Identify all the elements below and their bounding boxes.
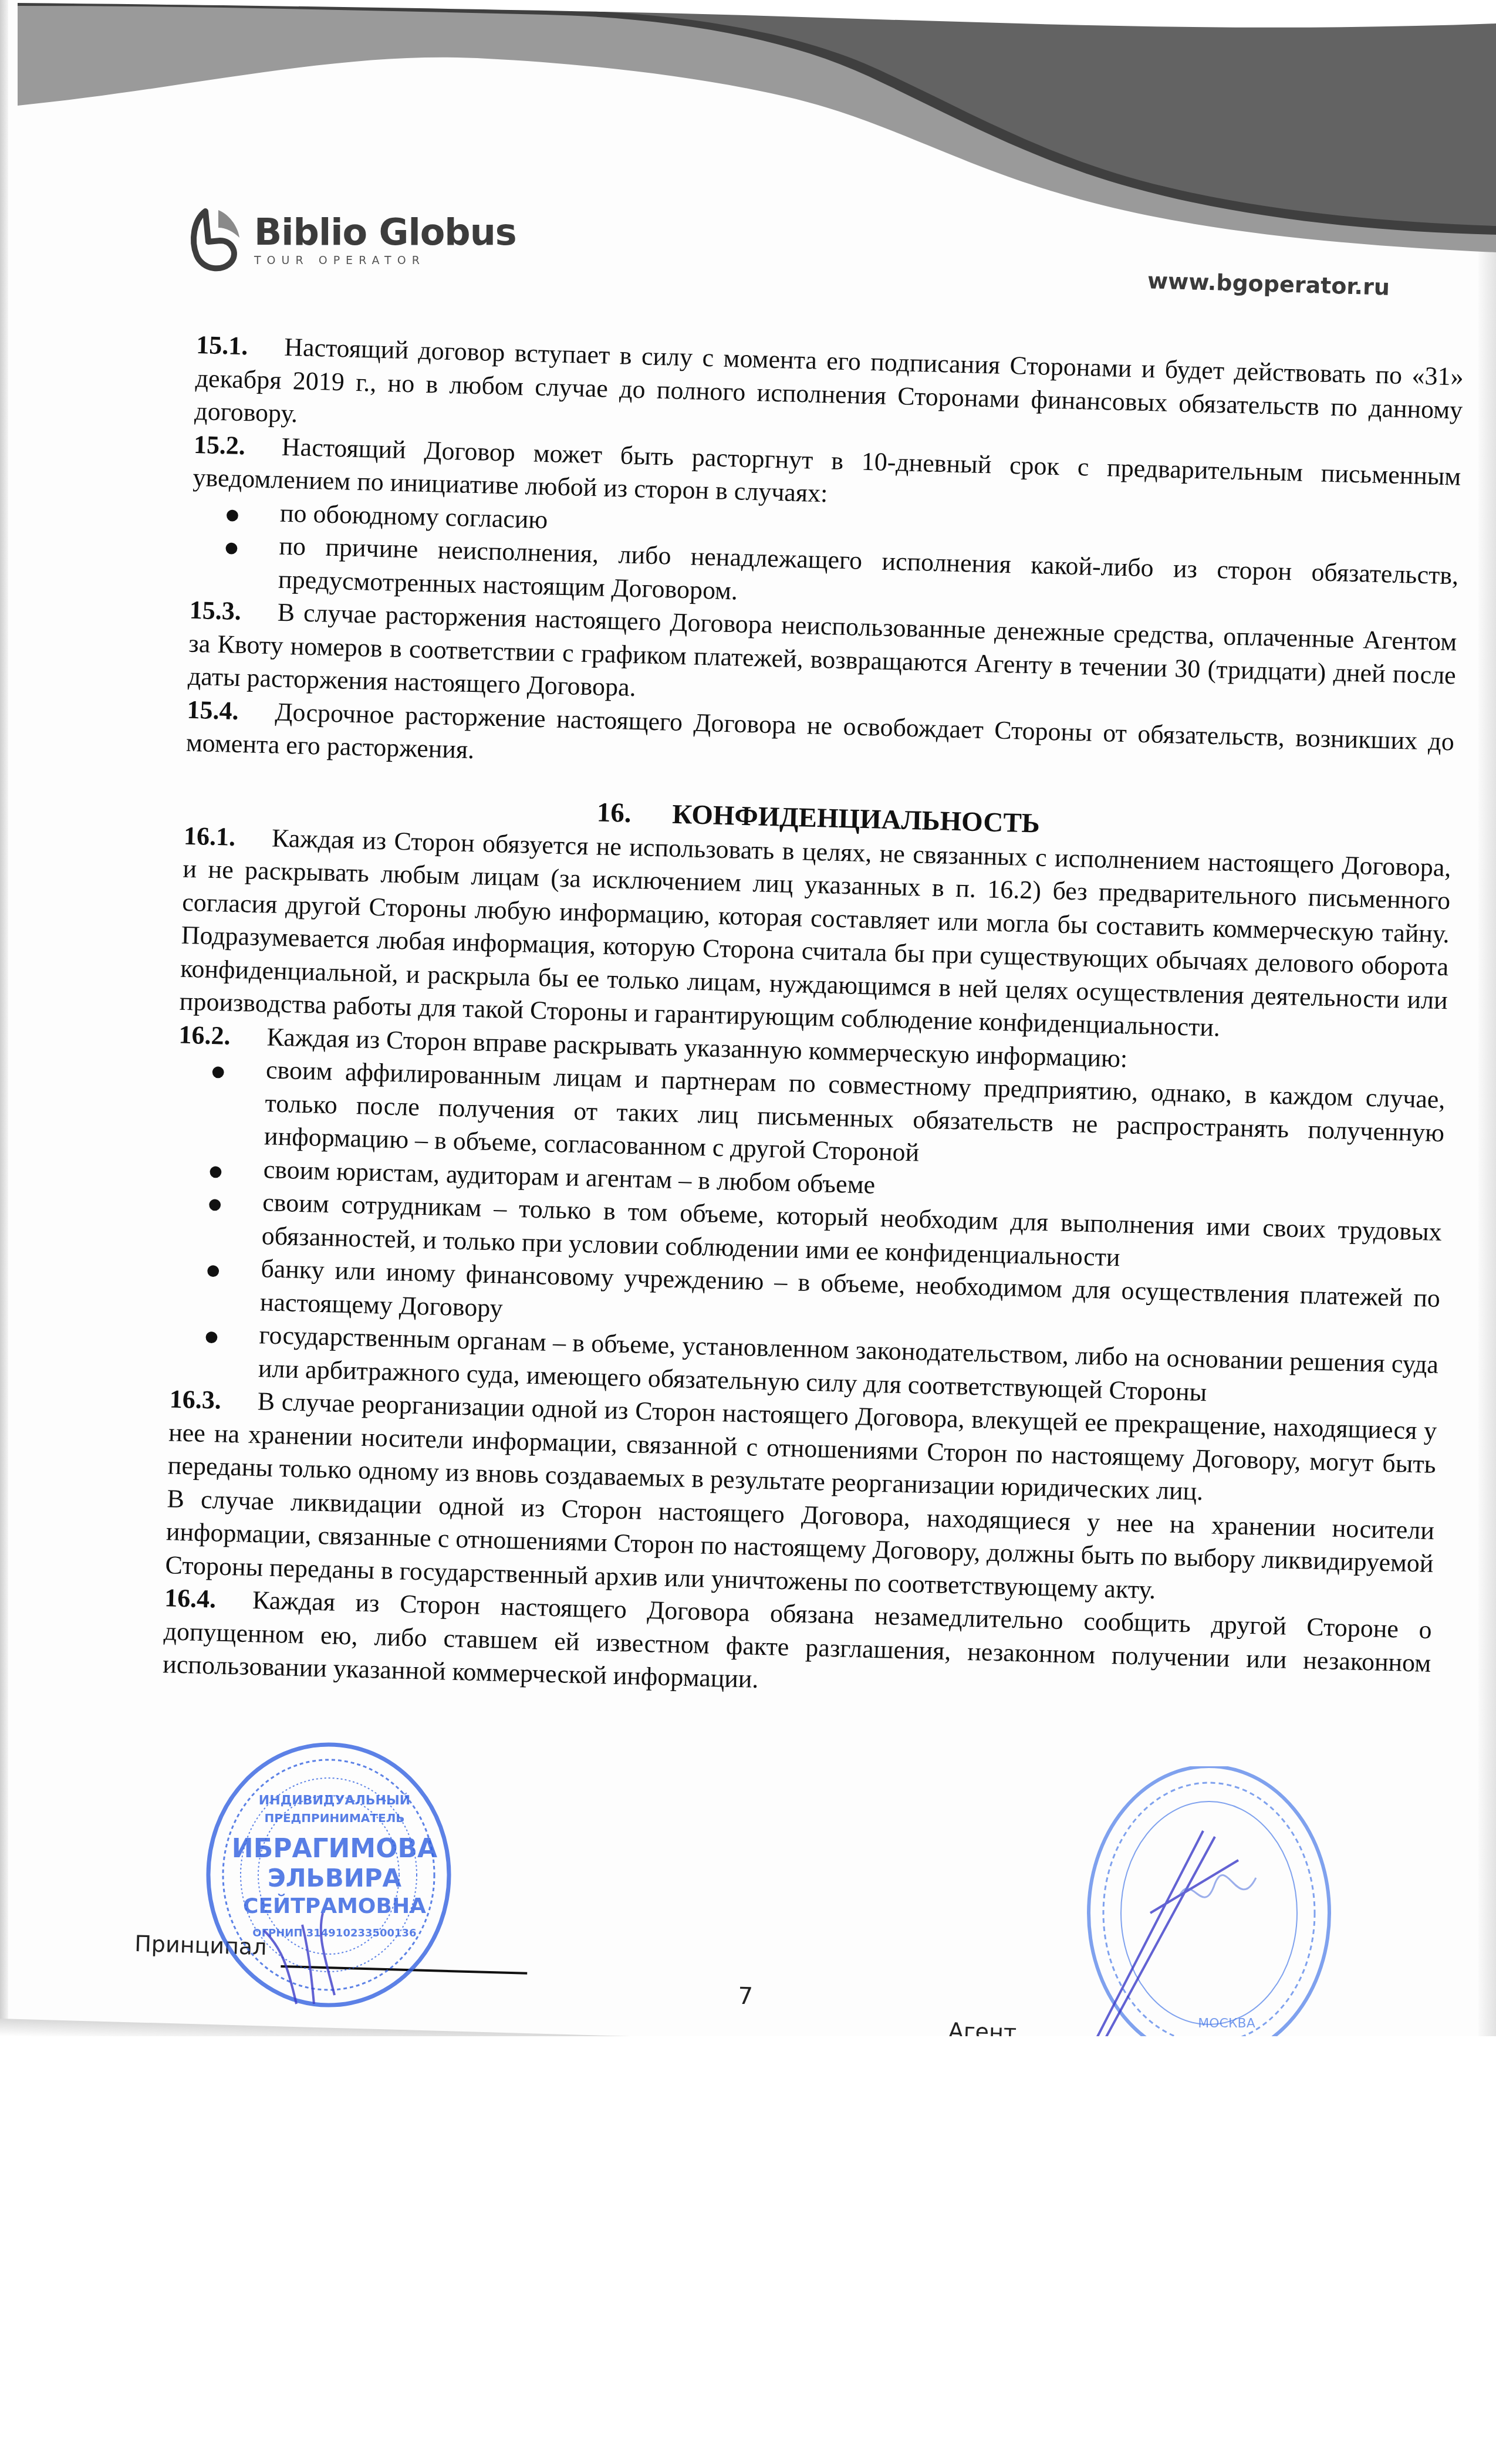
- bullet-icon: ●: [205, 1253, 222, 1287]
- bullet-icon: ●: [203, 1320, 220, 1353]
- clause-number: 16.3.: [169, 1383, 258, 1418]
- principal-signature-line: [281, 1965, 527, 1975]
- principal-label: Принципал: [134, 1931, 267, 1960]
- clause-number: 15.1.: [196, 329, 285, 364]
- svg-text:СЕЙТРАМОВНА: СЕЙТРАМОВНА: [243, 1894, 426, 1918]
- website-url: www.bgoperator.ru: [1147, 268, 1390, 300]
- bullet-icon: ●: [223, 530, 240, 564]
- page-right-edge: [1478, 0, 1496, 2036]
- page-number: 7: [738, 1983, 754, 2010]
- clause-number: 15.2.: [193, 428, 282, 463]
- clause-number: 16.1.: [183, 819, 272, 854]
- clause-16-1: 16.1.Каждая из Сторон обязуется не испол…: [179, 819, 1451, 1050]
- logo-subtitle: TOUR OPERATOR: [254, 254, 516, 267]
- clause-number: 16.4.: [164, 1581, 253, 1617]
- bullet-icon: ●: [207, 1187, 224, 1221]
- bullet-icon: ●: [224, 498, 241, 531]
- svg-text:ИНДИВИДУАЛЬНЫЙ: ИНДИВИДУАЛЬНЫЙ: [259, 1793, 410, 1808]
- svg-text:ЭЛЬВИРА: ЭЛЬВИРА: [268, 1864, 402, 1892]
- svg-text:ИБРАГИМОВА: ИБРАГИМОВА: [232, 1834, 437, 1864]
- logo-title: Biblio Globus: [254, 214, 516, 251]
- clause-number: 15.4.: [187, 693, 275, 728]
- bullet-icon: ●: [207, 1154, 224, 1187]
- company-logo: Biblio Globus TOUR OPERATOR: [188, 205, 516, 276]
- page-left-edge: [0, 0, 8, 2036]
- contract-body: 15.1.Настоящий договор вступает в силу с…: [163, 329, 1464, 1713]
- biblio-globus-logo-icon: [188, 205, 244, 276]
- signature-block: Принципал 7 Агент: [133, 1931, 1309, 2036]
- section-title: КОНФИДЕНЦИАЛЬНОСТЬ: [672, 799, 1041, 839]
- clause-number: 15.3.: [189, 594, 278, 629]
- clause-16-2-list: ●своим аффилированным лицам и партнерам …: [170, 1052, 1446, 1415]
- agent-label: Агент: [948, 2018, 1017, 2036]
- clause-text: Настоящий договор вступает в силу с моме…: [194, 333, 1464, 428]
- svg-text:ПРЕДПРИНИМАТЕЛЬ: ПРЕДПРИНИМАТЕЛЬ: [264, 1811, 404, 1825]
- bullet-icon: ●: [210, 1054, 227, 1088]
- section-number: 16.: [596, 797, 632, 828]
- clause-text: Каждая из Сторон обязуется не использова…: [179, 823, 1451, 1042]
- scanned-page: Biblio Globus TOUR OPERATOR www.bgoperat…: [0, 0, 1496, 2036]
- clause-number: 16.2.: [178, 1018, 267, 1053]
